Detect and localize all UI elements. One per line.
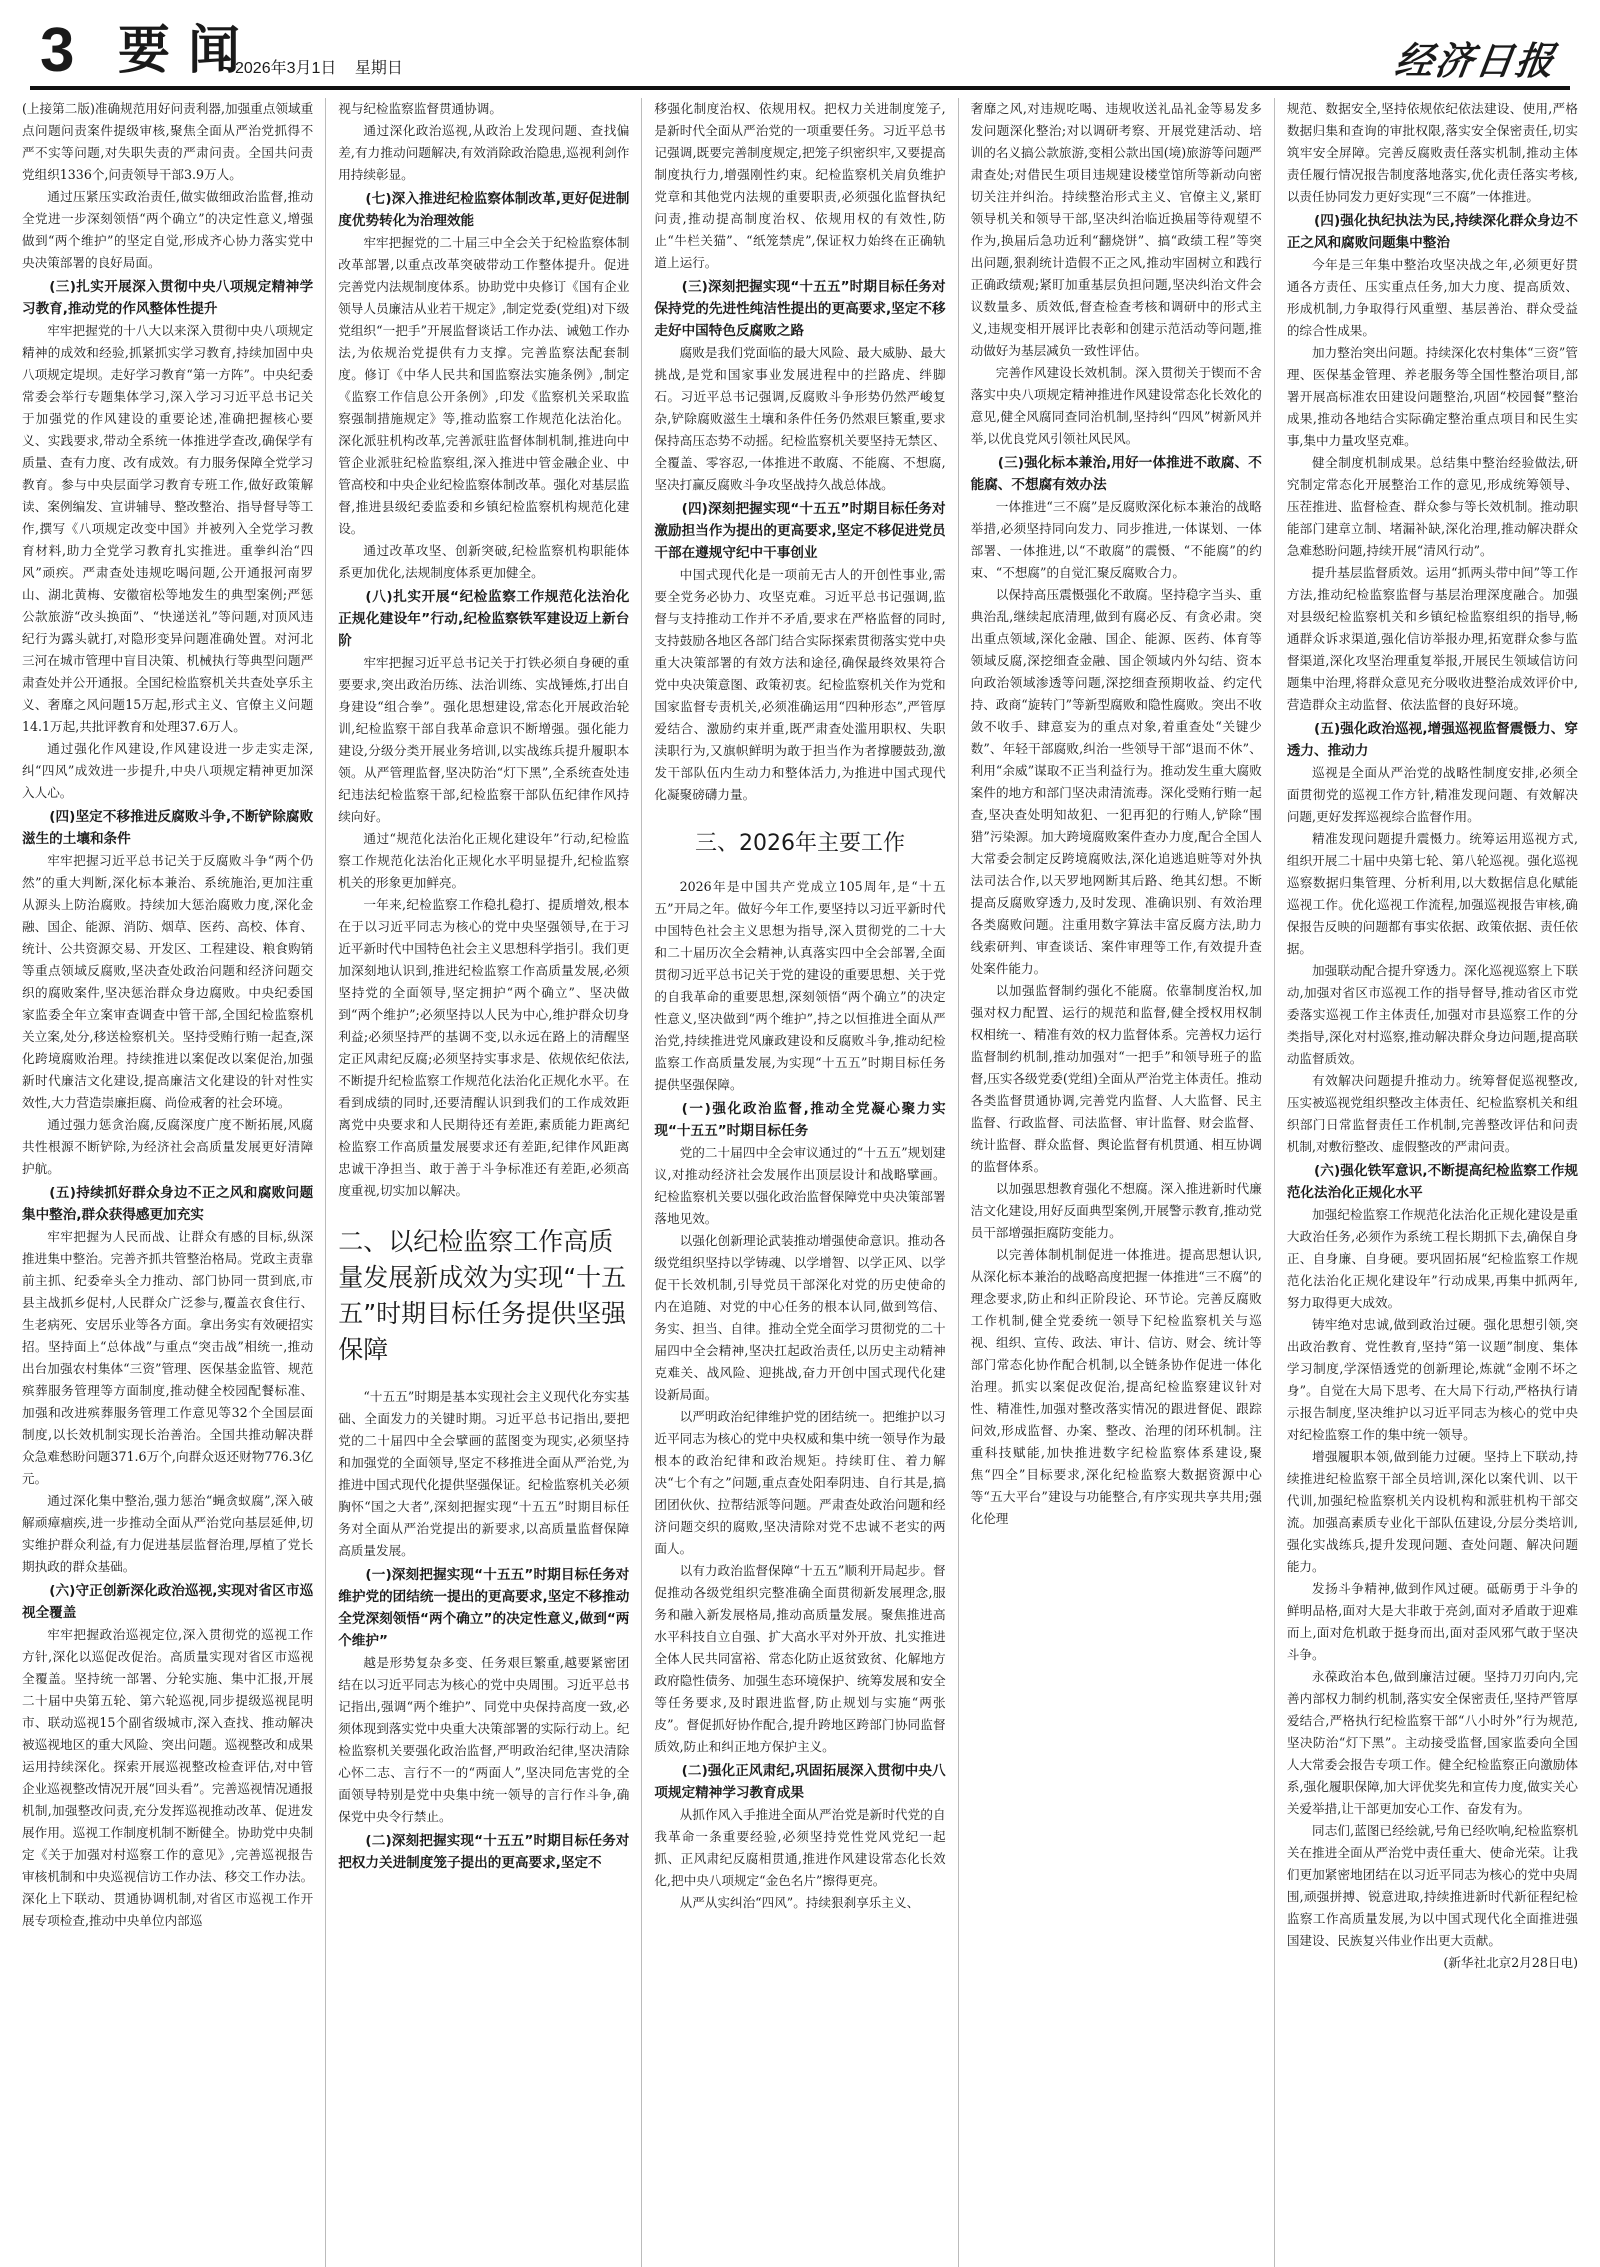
paragraph: 以加强思想教育强化不想腐。深入推进新时代廉洁文化建设,用好反面典型案例,开展警示… bbox=[971, 1178, 1262, 1244]
paragraph: 以加强监督制约强化不能腐。依靠制度治权,加强对权力配置、运行的规范和监督,健全授… bbox=[971, 980, 1262, 1178]
paragraph: 通过强化作风建设,作风建设进一步走实走深,纠“四风”成效进一步提升,中央八项规定… bbox=[22, 738, 313, 804]
subsection-heading: (五)持续抓好群众身边不正之风和腐败问题集中整治,群众获得感更加充实 bbox=[22, 1182, 313, 1226]
column-4: 奢靡之风,对违规吃喝、违规收送礼品礼金等易发多发问题深化整治;对以调研考察、开展… bbox=[959, 98, 1275, 2267]
subsection-heading: (三)强化标本兼治,用好一体推进不敢腐、不能腐、不想腐有效办法 bbox=[971, 452, 1262, 496]
paragraph: 牢牢把握为人民而战、让群众有感的目标,纵深推进集中整治。完善齐抓共管整治格局。党… bbox=[22, 1226, 313, 1490]
paragraph: 牢牢把握政治巡视定位,深入贯彻党的巡视工作方针,深化以巡促改促治。高质量实现对省… bbox=[22, 1624, 313, 1932]
column-1: (上接第二版)准确规范用好问责利器,加强重点领域重点问题问责案件提级审核,聚焦全… bbox=[10, 98, 326, 2267]
paragraph: 中国式现代化是一项前无古人的开创性事业,需要全党务必协力、攻坚克难。习近平总书记… bbox=[654, 564, 945, 806]
paragraph: 牢牢把握党的十八大以来深入贯彻中央八项规定精神的成效和经验,抓紧抓实学习教育,持… bbox=[22, 320, 313, 738]
issue-date: 2026年3月1日 星期日 bbox=[235, 55, 417, 78]
paragraph: 以严明政治纪律维护党的团结统一。把维护以习近平同志为核心的党中央权威和集中统一领… bbox=[654, 1406, 945, 1560]
paragraph: 今年是三年集中整治攻坚决战之年,必须更好贯通各方责任、压实重点任务,加大力度、提… bbox=[1287, 254, 1578, 342]
paragraph: 通过“规范化法治化正规化建设年”行动,纪检监察工作规范化法治化正规化水平明显提升… bbox=[338, 828, 629, 894]
paragraph: 党的二十届四中全会审议通过的“十五五”规划建议,对推动经济社会发展作出顶层设计和… bbox=[654, 1142, 945, 1230]
paragraph: 同志们,蓝图已经绘就,号角已经吹响,纪检监察机关在推进全面从严治党中责任重大、使… bbox=[1287, 1820, 1578, 1952]
paragraph: 从严从实纠治“四风”。持续狠刹享乐主义、 bbox=[654, 1892, 945, 1914]
subsection-heading: (四)坚定不移推进反腐败斗争,不断铲除腐败滋生的土壤和条件 bbox=[22, 806, 313, 850]
paragraph: 一体推进“三不腐”是反腐败深化标本兼治的战略举措,必须坚持同向发力、同步推进,一… bbox=[971, 496, 1262, 584]
paragraph: 2026年是中国共产党成立105周年,是“十五五”开局之年。做好今年工作,要坚持… bbox=[654, 876, 945, 1096]
date-text: 2026年3月1日 bbox=[235, 60, 336, 77]
paragraph: 永葆政治本色,做到廉洁过硬。坚持刀刃向内,完善内部权力制约机制,落实安全保密责任… bbox=[1287, 1666, 1578, 1820]
paragraph: 通过深化政治巡视,从政治上发现问题、查找偏差,有力推动问题解决,有效消除政治隐患… bbox=[338, 120, 629, 186]
paragraph: “十五五”时期是基本实现社会主义现代化夯实基础、全面发力的关键时期。习近平总书记… bbox=[338, 1386, 629, 1562]
paragraph: 提升基层监督质效。运用“抓两头带中间”等工作方法,推动纪检监察监督与基层治理深度… bbox=[1287, 562, 1578, 716]
paragraph: 通过深化集中整治,强力惩治“蝇贪蚁腐”,深入破解顽瘴痼疾,进一步推动全面从严治党… bbox=[22, 1490, 313, 1578]
paragraph: 奢靡之风,对违规吃喝、违规收送礼品礼金等易发多发问题深化整治;对以调研考察、开展… bbox=[971, 98, 1262, 362]
weekday-text: 星期日 bbox=[355, 60, 403, 77]
column-3: 移强化制度治权、依规用权。把权力关进制度笼子,是新时代全面从严治党的一项重要任务… bbox=[642, 98, 958, 2267]
column-2: 视与纪检监察监督贯通协调。通过深化政治巡视,从政治上发现问题、查找偏差,有力推动… bbox=[326, 98, 642, 2267]
paragraph: 牢牢把握党的二十届三中全会关于纪检监察体制改革部署,以重点改革突破带动工作整体提… bbox=[338, 232, 629, 540]
subsection-heading: (一)深刻把握实现“十五五”时期目标任务对维护党的团结统一提出的更高要求,坚定不… bbox=[338, 1564, 629, 1652]
paragraph: 加强纪检监察工作规范化法治化正规化建设是重大政治任务,必须作为系统工程长期抓下去… bbox=[1287, 1204, 1578, 1314]
subsection-heading: (四)强化执纪执法为民,持续深化群众身边不正之风和腐败问题集中整治 bbox=[1287, 210, 1578, 254]
subsection-heading: (八)扎实开展“纪检监察工作规范化法治化正规化建设年”行动,纪检监察铁军建设迈上… bbox=[338, 586, 629, 652]
subsection-heading: (二)深刻把握实现“十五五”时期目标任务对把权力关进制度笼子提出的更高要求,坚定… bbox=[338, 1830, 629, 1874]
paragraph: 健全制度机制成果。总结集中整治经验做法,研究制定常态化开展整治工作的意见,形成统… bbox=[1287, 452, 1578, 562]
paragraph: 增强履职本领,做到能力过硬。坚持上下联动,持续推进纪检监察干部全员培训,深化以案… bbox=[1287, 1446, 1578, 1578]
paragraph: (上接第二版)准确规范用好问责利器,加强重点领域重点问题问责案件提级审核,聚焦全… bbox=[22, 98, 313, 186]
subsection-heading: (七)深入推进纪检监察体制改革,更好促进制度优势转化为治理效能 bbox=[338, 188, 629, 232]
paragraph: 以有力政治监督保障“十五五”顺利开局起步。督促推动各级党组织完整准确全面贯彻新发… bbox=[654, 1560, 945, 1758]
section-heading: 二、以纪检监察工作高质量发展新成效为实现“十五五”时期目标任务提供坚强保障 bbox=[338, 1224, 629, 1368]
paragraph: 铸牢绝对忠诚,做到政治过硬。强化思想引领,突出政治教育、党性教育,坚持“第一议题… bbox=[1287, 1314, 1578, 1446]
paragraph: 精准发现问题提升震慑力。统筹运用巡视方式,组织开展二十届中央第七轮、第八轮巡视。… bbox=[1287, 828, 1578, 960]
paragraph: 牢牢把握习近平总书记关于打铁必须自身硬的重要要求,突出政治历练、法治训练、实战锤… bbox=[338, 652, 629, 828]
dateline: (新华社北京2月28日电) bbox=[1287, 1952, 1578, 1974]
paragraph: 通过改革攻坚、创新突破,纪检监察机构职能体系更加优化,法规制度体系更加健全。 bbox=[338, 540, 629, 584]
subsection-heading: (一)强化政治监督,推动全党凝心聚力实现“十五五”时期目标任务 bbox=[654, 1098, 945, 1142]
newspaper-logo: 经济日报 bbox=[1392, 30, 1560, 85]
paragraph: 发扬斗争精神,做到作风过硬。砥砺勇于斗争的鲜明品格,面对大是大非敢于亮剑,面对矛… bbox=[1287, 1578, 1578, 1666]
paragraph: 以完善体制机制促进一体推进。提高思想认识,从深化标本兼治的战略高度把握一体推进“… bbox=[971, 1244, 1262, 1530]
article-columns: (上接第二版)准确规范用好问责利器,加强重点领域重点问题问责案件提级审核,聚焦全… bbox=[10, 98, 1590, 2267]
paragraph: 以强化创新理论武装推动增强使命意识。推动各级党组织坚持以学铸魂、以学增智、以学正… bbox=[654, 1230, 945, 1406]
subsection-heading: (三)深刻把握实现“十五五”时期目标任务对保持党的先进性纯洁性提出的更高要求,坚… bbox=[654, 276, 945, 342]
subsection-heading: (六)强化铁军意识,不断提高纪检监察工作规范化法治化正规化水平 bbox=[1287, 1160, 1578, 1204]
subsection-heading: (四)深刻把握实现“十五五”时期目标任务对激励担当作为提出的更高要求,坚定不移促… bbox=[654, 498, 945, 564]
masthead: 3 要闻 2026年3月1日 星期日 经济日报 bbox=[30, 0, 1570, 90]
subsection-heading: (二)强化正风肃纪,巩固拓展深入贯彻中央八项规定精神学习教育成果 bbox=[654, 1760, 945, 1804]
subsection-heading: (六)守正创新深化政治巡视,实现对省区市巡视全覆盖 bbox=[22, 1580, 313, 1624]
paragraph: 一年来,纪检监察工作稳扎稳打、提质增效,根本在于以习近平同志为核心的党中央坚强领… bbox=[338, 894, 629, 1202]
paragraph: 通过强力惩贪治腐,反腐深度广度不断拓展,风腐共性根源不断铲除,为经济社会高质量发… bbox=[22, 1114, 313, 1180]
paragraph: 加力整治突出问题。持续深化农村集体“三资”管理、医保基金管理、养老服务等全国性整… bbox=[1287, 342, 1578, 452]
paragraph: 规范、数据安全,坚持依规依纪依法建设、使用,严格数据归集和查询的审批权限,落实安… bbox=[1287, 98, 1578, 208]
paragraph: 加强联动配合提升穿透力。深化巡视巡察上下联动,加强对省区市巡视工作的指导督导,推… bbox=[1287, 960, 1578, 1070]
page-number: 3 bbox=[40, 20, 74, 82]
paragraph: 完善作风建设长效机制。深入贯彻关于锲而不舍落实中央八项规定精神推进作风建设常态化… bbox=[971, 362, 1262, 450]
paragraph: 视与纪检监察监督贯通协调。 bbox=[338, 98, 629, 120]
paragraph: 巡视是全面从严治党的战略性制度安排,必须全面贯彻党的巡视工作方针,精准发现问题、… bbox=[1287, 762, 1578, 828]
paragraph: 有效解决问题提升推动力。统筹督促巡视整改,压实被巡视党组织整改主体责任、纪检监察… bbox=[1287, 1070, 1578, 1158]
paragraph: 移强化制度治权、依规用权。把权力关进制度笼子,是新时代全面从严治党的一项重要任务… bbox=[654, 98, 945, 274]
paragraph: 越是形势复杂多变、任务艰巨繁重,越要紧密团结在以习近平同志为核心的党中央周围。习… bbox=[338, 1652, 629, 1828]
paragraph: 以保持高压震慑强化不敢腐。坚持稳字当头、重典治乱,继续起底清理,做到有腐必反、有… bbox=[971, 584, 1262, 980]
paragraph: 从抓作风入手推进全面从严治党是新时代党的自我革命一条重要经验,必须坚持党性党风党… bbox=[654, 1804, 945, 1892]
section-heading: 三、2026年主要工作 bbox=[654, 826, 945, 862]
column-5: 规范、数据安全,坚持依规依纪依法建设、使用,严格数据归集和查询的审批权限,落实安… bbox=[1275, 98, 1590, 2267]
paragraph: 腐败是我们党面临的最大风险、最大威胁、最大挑战,是党和国家事业发展进程中的拦路虎… bbox=[654, 342, 945, 496]
subsection-heading: (五)强化政治巡视,增强巡视监督震慑力、穿透力、推动力 bbox=[1287, 718, 1578, 762]
subsection-heading: (三)扎实开展深入贯彻中央八项规定精神学习教育,推动党的作风整体性提升 bbox=[22, 276, 313, 320]
paragraph: 牢牢把握习近平总书记关于反腐败斗争“两个仍然”的重大判断,深化标本兼治、系统施治… bbox=[22, 850, 313, 1114]
paragraph: 通过压紧压实政治责任,做实做细政治监督,推动全党进一步深刻领悟“两个确立”的决定… bbox=[22, 186, 313, 274]
